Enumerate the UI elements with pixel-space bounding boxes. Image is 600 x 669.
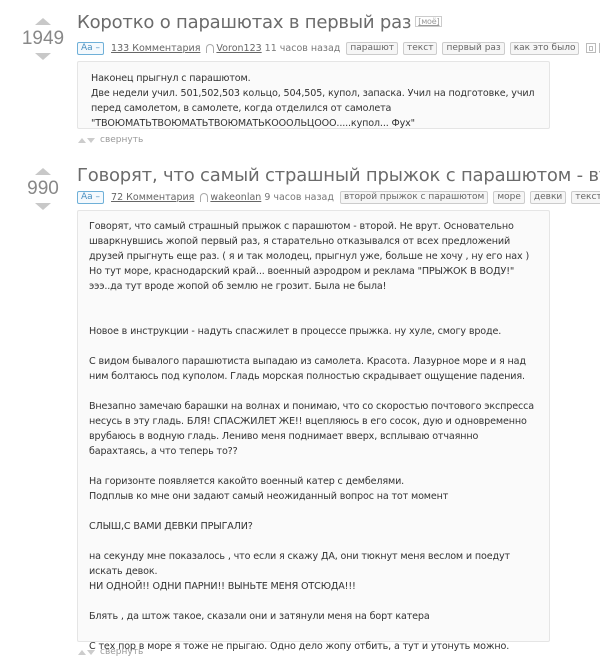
story-meta: Aa – 133 Комментария Voron123 11 часов н… <box>77 41 600 55</box>
collapse-button[interactable]: свернуть <box>78 135 143 145</box>
story-title-text[interactable]: Коротко о парашютах в первый раз <box>77 12 411 33</box>
font-size-toggle[interactable]: Aa – <box>77 42 104 55</box>
mini-downvote-icon[interactable] <box>87 138 95 143</box>
story-title-text[interactable]: Говорят, что самый страшный прыжок с пар… <box>77 165 600 186</box>
rating-block: 1949 <box>18 18 68 60</box>
rating-block: 990 <box>18 168 68 210</box>
tag[interactable]: текст <box>571 191 600 204</box>
font-size-toggle[interactable]: Aa – <box>77 191 104 204</box>
collapse-button[interactable]: свернуть <box>78 647 143 657</box>
save-icon[interactable] <box>586 43 596 53</box>
tag[interactable]: первый раз <box>442 42 504 55</box>
comments-link[interactable]: 133 Комментария <box>111 43 200 54</box>
downvote-icon[interactable] <box>35 203 51 210</box>
upvote-icon[interactable] <box>35 18 51 25</box>
upvote-icon[interactable] <box>35 168 51 175</box>
rating-value: 1949 <box>18 27 68 51</box>
author-link[interactable]: wakeonlan <box>210 192 261 203</box>
story-text: Наконец прыгнул с парашютом. Две недели … <box>91 71 536 131</box>
story-body: Наконец прыгнул с парашютом. Две недели … <box>77 61 550 129</box>
post-time: 9 часов назад <box>264 192 334 203</box>
story-body: Говорят, что самый страшный прыжок с пар… <box>77 210 550 642</box>
tag[interactable]: море <box>493 191 525 204</box>
comments-link[interactable]: 72 Комментария <box>111 192 194 203</box>
mini-upvote-icon[interactable] <box>78 138 86 143</box>
tag[interactable]: девки <box>530 191 566 204</box>
collapse-label[interactable]: свернуть <box>100 135 143 145</box>
mini-downvote-icon[interactable] <box>87 650 95 655</box>
user-icon <box>206 44 214 53</box>
tag[interactable]: второй прыжок с парашютом <box>340 191 488 204</box>
downvote-icon[interactable] <box>35 53 51 60</box>
tag[interactable]: текст <box>403 42 437 55</box>
tag[interactable]: парашют <box>346 42 398 55</box>
mine-badge[interactable]: [моё] <box>415 16 442 27</box>
story-meta: Aa – 72 Комментария wakeonlan 9 часов на… <box>77 190 600 204</box>
rating-value: 990 <box>18 177 68 201</box>
story-text: Говорят, что самый страшный прыжок с пар… <box>89 219 538 654</box>
user-icon <box>200 193 208 202</box>
collapse-label[interactable]: свернуть <box>100 647 143 657</box>
post-time: 11 часов назад <box>265 43 341 54</box>
story-title[interactable]: Говорят, что самый страшный прыжок с пар… <box>77 165 600 186</box>
story-title[interactable]: Коротко о парашютах в первый раз[моё] <box>77 12 442 33</box>
tag[interactable]: как это было <box>510 42 580 55</box>
mini-upvote-icon[interactable] <box>78 650 86 655</box>
author-link[interactable]: Voron123 <box>216 43 261 54</box>
